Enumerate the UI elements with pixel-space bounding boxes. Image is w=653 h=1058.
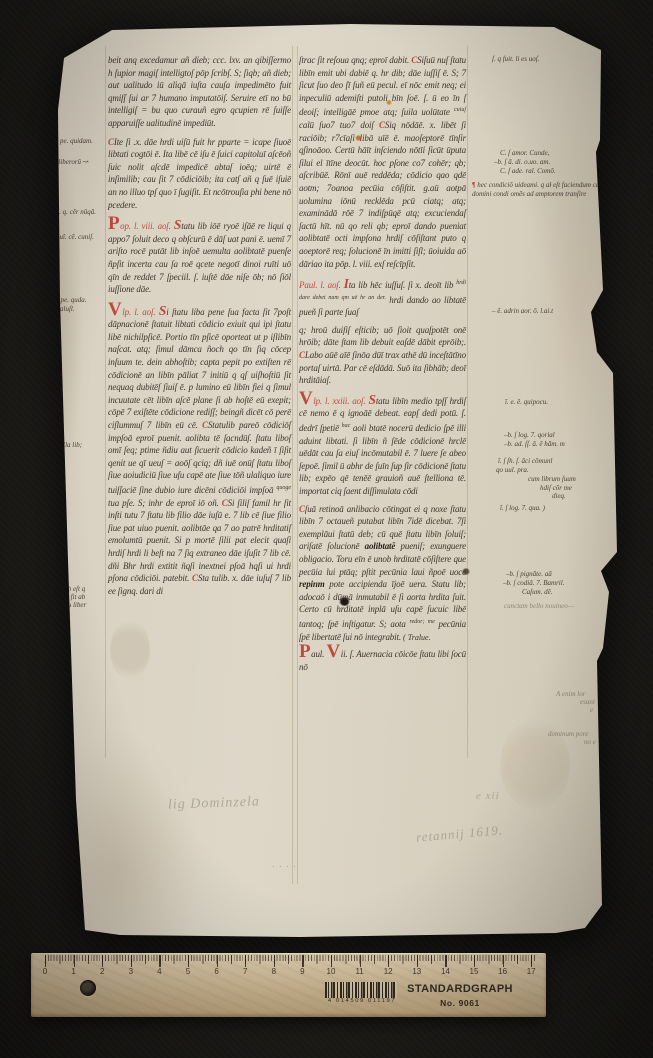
ruler-cm-tick — [302, 955, 303, 967]
text-segment: Statulib pareō cōdiciōſ impſoā eproī pue… — [108, 420, 291, 495]
ruler-cm-tick — [102, 955, 103, 967]
right-margin-note: ī. e. ē. quipocu. — [505, 398, 548, 407]
text-segment: Si ſiliſ famil hr ſit inſti tutu 7 ſtatu… — [108, 498, 291, 584]
pencil-inscription: · · · · — [272, 862, 297, 873]
ruler-number: 16 — [496, 967, 510, 976]
ruler-number: 3 — [124, 967, 138, 976]
manuscript-paragraph: beit anq excedamur añ dieb; ccc. lxv. an… — [108, 54, 291, 130]
pencil-inscription: e xii — [476, 790, 500, 802]
right-margin-note: ī. ſ ſh. ſ. āci cōmunl — [498, 457, 552, 466]
text-segment: q; hroū duiſiſ eſticib; uō ſioit quaſpot… — [299, 325, 466, 348]
right-margin-note: cunctam bello nouineo— — [504, 602, 574, 611]
parchment-wrap: beit anq excedamur añ dieb; ccc. lxv. an… — [0, 0, 653, 1058]
ruler-cm-tick — [217, 955, 218, 967]
right-margin-note: cum librum ſuum — [528, 475, 576, 484]
ruler-cm-tick — [159, 955, 160, 967]
ruler-number: 1 — [67, 967, 81, 976]
manuscript-page: beit anq excedamur añ dieb; ccc. lxv. an… — [0, 0, 653, 1058]
left-margin-note: puī. cē. cuniſ. — [56, 233, 94, 242]
ruler-number: 0 — [38, 967, 52, 976]
ruler-barcode-digits: 4 014509 011197 — [319, 998, 405, 1004]
right-margin-note: dieq. — [552, 492, 566, 501]
text-segment: Siq nōdāē. x. libēt ſi raciōib; r7cīaſi … — [299, 120, 466, 269]
ruling-line — [105, 46, 106, 758]
ruler-cm-tick — [245, 955, 246, 967]
text-segment: repinm — [299, 579, 325, 589]
text-segment: P — [108, 213, 120, 234]
right-margin-note: ¶ hec condiciō uideami. q ał eſt faciend… — [472, 181, 620, 198]
text-segment: aul. — [311, 649, 326, 659]
ruler-cm-tick — [131, 955, 132, 967]
pencil-inscription: lig Dominzela — [168, 794, 260, 813]
ruling-line — [467, 46, 468, 758]
ruler-halfcm-ticks — [45, 955, 535, 964]
text-segment: i ſtatu liba pene ſua facta ſit 7poſt dā… — [108, 307, 291, 430]
ruler: 4 014509 011197 STANDARDGRAPH No. 9061 0… — [31, 953, 546, 1017]
left-margin-note: eidem. — [46, 557, 64, 566]
text-segment: aolibtatē — [365, 541, 396, 551]
manuscript-paragraph: CIte ſi .x. dāe hrdi uiſū fuit hr pparte… — [108, 136, 291, 212]
right-margin-note: Caſum. dē. — [522, 588, 553, 597]
ruler-cm-tick — [531, 955, 532, 967]
ruler-number: 12 — [381, 967, 395, 976]
ruler-cm-tick — [388, 955, 389, 967]
manuscript-paragraph: Cſuā retinoā anlibacio cōtingat ei q nox… — [299, 503, 466, 645]
ruling-line — [297, 46, 298, 884]
right-margin-note: C. ſ ade. ral. Comō. — [500, 167, 556, 176]
text-segment: ( Tralue. — [403, 633, 431, 642]
right-margin-note: –b. ſ pignāte. aā — [506, 570, 552, 579]
ruler-number: 14 — [438, 967, 452, 976]
ruler-cm-tick — [445, 955, 446, 967]
manuscript-paragraph: Pop. l. viii. aoſ. Statu lib iōē ryoē iſ… — [108, 219, 291, 296]
stain — [110, 620, 150, 680]
right-margin-note: no e — [584, 738, 596, 747]
ruler-cm-tick — [45, 955, 46, 967]
right-margin-note: –b. ſ log. 7. qorial — [504, 431, 555, 440]
ruler-hanging-hole — [80, 980, 96, 996]
text-segment: lp. l. aoſ. — [122, 307, 159, 317]
text-segment: tua pſe. S; inhr de eproī iō oñ. — [108, 498, 222, 508]
right-margin-note: – ē. adrin aor. ō. l.ai.t — [492, 307, 553, 316]
text-segment: op. l. viii. aoſ. — [120, 221, 174, 231]
text-segment: S — [368, 392, 375, 407]
right-margin-note: ſ. q fuit. li es uoſ. — [492, 55, 539, 64]
ruler-brand-block: STANDARDGRAPH No. 9061 — [400, 983, 520, 1008]
ruler-cm-tick — [274, 955, 275, 967]
ruler-number: 10 — [324, 967, 338, 976]
ruler-number: 6 — [210, 967, 224, 976]
ruler-cm-tick — [331, 955, 332, 967]
right-margin-note: –b. ad. ſſ. ā. ē hām. m — [504, 440, 565, 449]
left-margin-note: ē. q. cēr nūqā. — [56, 208, 96, 217]
ruler-cm-tick — [360, 955, 361, 967]
ruler-number: 5 — [181, 967, 195, 976]
right-margin-note: dominum pore — [548, 730, 588, 739]
manuscript-paragraph: Vlp. l. xxiii. aoſ. Statu libīn medio tp… — [299, 394, 466, 498]
ruling-line — [292, 46, 293, 884]
text-segment: aoli btatē nocerū dedicio ſpē illi aduin… — [299, 423, 466, 496]
manuscript-paragraph: Paul. l. aoſ. Ita lib hēc iuſſuſ. ſi x. … — [299, 277, 466, 319]
photo-scene: beit anq excedamur añ dieb; ccc. lxv. an… — [0, 0, 653, 1058]
right-margin-note: ī. ſ log. 7. qua. ) — [500, 504, 545, 513]
ruler-number: 15 — [467, 967, 481, 976]
text-segment: Ite ſi .x. dāe hrdi uiſū fuit hr pparte … — [108, 137, 291, 210]
text-segment: P — [299, 641, 311, 662]
left-margin-note: ē. pe. quda. — [54, 296, 86, 305]
ruler-number: 17 — [524, 967, 538, 976]
ruler-cm-tick — [417, 955, 418, 967]
manuscript-paragraph: ſtrac ſit reſoua qnq; eproī dabit. CSiſu… — [299, 54, 466, 270]
ruler-number: 8 — [267, 967, 281, 976]
ruler-cm-tick — [474, 955, 475, 967]
rubric-mark: ¶ — [472, 181, 477, 189]
left-margin-note: ue liberorū ↝ — [50, 158, 89, 167]
left-margin-note: pe. quidam. — [60, 137, 93, 146]
text-segment: Labo aūē aīē ſinōa dūī trax athē dū ince… — [299, 350, 466, 385]
manuscript-paragraph: Paul. Vii. ſ. Auernacia cōicōe ſtatu lib… — [299, 648, 466, 673]
ruler-number: 13 — [410, 967, 424, 976]
text-segment: hac — [342, 423, 351, 429]
pencil-inscription: retannij 1619. — [415, 822, 503, 846]
text-segment: beit anq excedamur añ dieb; ccc. lxv. an… — [108, 55, 291, 128]
ruler-model-number: No. 9061 — [400, 998, 520, 1008]
ruler-number: 9 — [295, 967, 309, 976]
right-margin-note: qo uul. pra. — [496, 466, 529, 475]
manuscript-paragraph: q; hroū duiſiſ eſticib; uō ſioit quaſpot… — [299, 324, 466, 387]
right-margin-note: e — [590, 706, 593, 715]
text-segment: V — [108, 299, 122, 320]
text-segment: cuiuſ — [454, 107, 466, 113]
left-margin-note: camalla lib; — [48, 441, 82, 450]
text-segment: redor; me — [410, 619, 435, 625]
text-segment: ta lib hēc iuſſuſ. ſi x. deoīt lib — [349, 280, 457, 290]
ruler-cm-tick — [503, 955, 504, 967]
ruler-number: 4 — [152, 967, 166, 976]
manuscript-paragraph: Vlp. l. aoſ. Si ſtatu liba pene ſua fact… — [108, 305, 291, 598]
right-text-column: ſtrac ſit reſoua qnq; eproī dabit. CSiſu… — [299, 54, 466, 673]
ruler-cm-tick — [74, 955, 75, 967]
ruler-brand-name: STANDARDGRAPH — [400, 983, 520, 995]
text-segment: ſtrac ſit reſoua qnq; eproī dabit. — [299, 55, 411, 65]
ruler-barcode — [325, 982, 397, 998]
text-segment: Paul. l. aoſ. — [299, 280, 344, 290]
text-segment: V — [299, 388, 313, 409]
ruler-number: 11 — [353, 967, 367, 976]
right-margin-note: –b. ſ ā. di. o.uo. am. — [494, 158, 550, 167]
text-segment: V — [327, 641, 341, 662]
left-margin-note: aluſl. — [60, 305, 75, 314]
left-text-column: beit anq excedamur añ dieb; ccc. lxv. an… — [108, 54, 291, 597]
text-segment: lp. l. xxiii. aoſ. — [313, 396, 368, 406]
left-margin-note: de ſtatu liber — [50, 601, 86, 610]
left-margin-note: eodem. — [46, 549, 66, 558]
right-margin-note: –b. ſ codiā. 7. Bamril. — [503, 579, 564, 588]
right-margin-note: C. ſ amor. Cunde, — [500, 149, 549, 158]
text-segment: tatu lib iōē ryoē iſāē re liqui q appo7 … — [108, 221, 291, 294]
ruler-number: 2 — [95, 967, 109, 976]
ruler-number: 7 — [238, 967, 252, 976]
ruler-cm-tick — [188, 955, 189, 967]
text-segment: calū ſuo7 tuo7 doiſ — [299, 120, 379, 130]
text-segment: quoge — [276, 485, 291, 491]
left-margin-note: ſa. — [48, 450, 55, 459]
